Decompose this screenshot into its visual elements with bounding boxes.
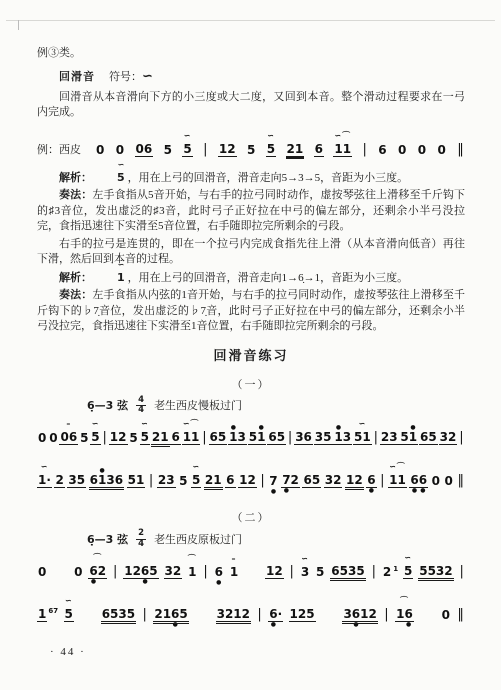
music-line-2-1: 00⌒6●2|126●532⌒1|6●–112|∽356535|21∽55532…: [37, 551, 465, 588]
note-cell: 0: [95, 144, 105, 157]
note-cell: 6●6●: [409, 474, 428, 488]
analysis1-paragraph: 解析：∽5，用在上弓的回滑音，滑音走向5→3→5，音距为小三度。: [37, 170, 465, 187]
note-digit: 3: [238, 431, 246, 443]
note-digit: 0: [398, 144, 406, 156]
octave-dot-low: ●: [412, 488, 417, 494]
note-digit: 5: [428, 565, 436, 577]
note-digit: 3: [68, 474, 76, 486]
note-cell: –1: [229, 566, 239, 579]
octave-dot-low: ●: [420, 488, 425, 494]
analysis2-note: ∽1: [95, 270, 125, 286]
slide-mark-icon: ∽: [92, 420, 100, 428]
book-page: 例③类。 回滑音符号：∽ 回滑音从本音滑向下方的小三度或大二度，又回到本音。整个…: [0, 0, 501, 690]
note-cell: ∽5: [266, 143, 276, 157]
note-digit: 6●: [89, 565, 97, 577]
note-digit: 5: [128, 474, 136, 486]
meter-denominator: 4: [138, 540, 144, 549]
method1-text: 左手食指从5音开始，与右手的拉弓同时动作，虚按琴弦往上滑移至千斤钩下的♯3音位，…: [37, 189, 465, 232]
slide-mark-icon: ∽: [95, 261, 124, 269]
note-digit: 1: [334, 143, 342, 155]
note-digit: 5: [247, 144, 255, 156]
note-cell: 0: [48, 432, 58, 445]
analysis1-note: ∽5: [95, 170, 125, 186]
note-cell: ∽⌒11: [182, 431, 201, 445]
note-cell: 6: [377, 144, 387, 157]
note-digit: 6●: [367, 474, 375, 486]
note-cell: 65: [209, 431, 228, 445]
note-cell: 21: [382, 566, 398, 579]
note-digit: 2: [298, 608, 306, 620]
note-digit: 1: [163, 608, 171, 620]
note-digit: 2: [227, 143, 235, 155]
note-digit: 3: [217, 608, 225, 620]
method2-label: 奏法：: [59, 289, 92, 301]
music-line-1-2: ∽1·23561●3651|235∽521612|7●7●26532126●|∽…: [37, 460, 465, 497]
note-digit: 6: [331, 565, 339, 577]
note-digit: 1: [295, 143, 303, 155]
meter-numerator: 2: [136, 529, 146, 539]
note-cell: 167: [37, 608, 58, 622]
note-digit: 0: [418, 144, 426, 156]
note-cell: 36: [294, 431, 313, 445]
note-digit: 5: [192, 474, 200, 486]
note-cell: ∽5: [140, 431, 150, 445]
note-digit: 5: [323, 431, 331, 443]
scan-artifact-edge: [18, 20, 19, 30]
note-digit: 1●: [334, 431, 342, 443]
note-digit: 0: [136, 143, 144, 155]
note-digit: 6: [420, 431, 428, 443]
note-cell: 32: [439, 431, 458, 445]
note-digit: 1: [213, 474, 221, 486]
note-digit: 5: [164, 144, 172, 156]
note-digit: 5: [340, 565, 348, 577]
note-digit: 5: [400, 431, 408, 443]
note-digit: 2: [383, 566, 391, 578]
note-cell: 6●: [366, 474, 376, 488]
music-line-2-2: 167∽56535|216●53212|6●·12536●12|⌒16●0‖: [37, 594, 465, 631]
note-digit: 6●: [410, 474, 418, 486]
note-cell: 61●36: [89, 474, 124, 488]
note-digit: 1: [38, 474, 46, 486]
note-digit: 6: [90, 474, 98, 486]
note-cell: 6●: [214, 566, 224, 579]
note-digit: 5: [249, 431, 257, 443]
note-digit: 2: [444, 565, 452, 577]
note-cell: ∽5: [64, 608, 74, 622]
note-digit: 1: [230, 566, 238, 578]
example-label: 例：西皮: [37, 141, 81, 166]
note-cell: 23: [380, 431, 399, 445]
note-cell: 0: [417, 144, 427, 157]
octave-dot-low: ●: [369, 488, 374, 494]
slide-mark-icon: ⌒: [188, 555, 197, 563]
note-digit: 1: [38, 608, 46, 620]
note-digit: 5: [80, 432, 88, 444]
note-digit: 0: [49, 432, 57, 444]
tuning-strings: 6̣—3 弦: [87, 397, 128, 413]
note-cell: 216●5: [153, 608, 188, 622]
note-digit: 1: [362, 431, 370, 443]
note-cell: 0: [441, 609, 451, 622]
analysis1-note-digit: 5: [117, 171, 125, 184]
note-cell: 6: [314, 143, 324, 157]
note-digit: 1: [397, 474, 405, 486]
exercise-section-1: （一） 6̣—3 弦 44 老生西皮慢板过门 00–065∽5|125∽5216…: [37, 376, 465, 498]
octave-dot-high: ●: [410, 425, 415, 431]
note-digit: 2: [173, 565, 181, 577]
note-cell: –06: [59, 431, 78, 445]
note-digit: 6: [304, 431, 312, 443]
note-cell: 0: [437, 144, 447, 157]
note-digit: 2: [287, 143, 295, 155]
final-barline: ‖: [456, 473, 465, 488]
note-cell: 21: [286, 143, 305, 157]
slide-mark-icon: ∽⌒: [183, 420, 200, 428]
analysis2-label: 解析：: [59, 272, 92, 284]
note-cell: 65: [267, 431, 286, 445]
note-cell: 6●·: [268, 608, 283, 622]
page-content: 例③类。 回滑音符号：∽ 回滑音从本音滑向下方的小三度或大二度，又回到本音。整个…: [37, 46, 465, 637]
note-digit: 6: [171, 431, 179, 443]
note-cell: 7●: [268, 475, 278, 488]
note-cell: 35: [314, 431, 333, 445]
octave-dot-low: ●: [91, 579, 96, 585]
note-digit: 1: [290, 608, 298, 620]
tuning-strings: 6̣—3 弦: [87, 531, 128, 547]
section2-label: （二）: [37, 509, 465, 525]
note-digit: 1●: [229, 431, 237, 443]
barline: |: [202, 564, 208, 579]
note-digit: 2: [381, 431, 389, 443]
note-cell: 23: [157, 474, 176, 488]
method2-text: 左手食指从内弦的1音开始，与右手的拉弓同时动作，虚按琴弦往上滑移至千斤钩下的♭7…: [37, 289, 465, 332]
barline: |: [202, 142, 208, 157]
grace-note: 67: [48, 607, 58, 615]
note-cell: 6535: [101, 608, 136, 622]
note-digit: 6: [102, 608, 110, 620]
octave-dot-low: ●: [271, 489, 276, 495]
note-digit: 5: [77, 474, 85, 486]
music-line-example: 00065∽5|125∽5216∽⌒11|6000‖: [95, 129, 465, 166]
note-digit: 3: [295, 431, 303, 443]
note-digit: 6: [315, 143, 323, 155]
section2-description: 老生西皮原板过门: [154, 531, 242, 547]
note-cell: 12: [238, 474, 257, 488]
note-cell: ∽⌒11: [333, 143, 352, 157]
note-cell: 0: [115, 144, 125, 157]
note-digit: 3: [440, 431, 448, 443]
note-digit: 1: [188, 566, 196, 578]
note-digit: 2: [154, 608, 162, 620]
note-cell: 5532: [418, 565, 453, 579]
barline: |: [289, 564, 295, 579]
note-digit: 3: [325, 474, 333, 486]
slide-mark-icon: ∽: [141, 420, 149, 428]
note-digit: 0: [74, 566, 82, 578]
octave-dot-high: ●: [336, 425, 341, 431]
octave-dot-low: ●: [216, 580, 221, 586]
note-digit: 3: [389, 431, 397, 443]
note-cell: ∽5: [191, 474, 201, 488]
note-cell: 0: [73, 566, 83, 579]
note-digit: 2: [133, 565, 141, 577]
section2-tuning-row: 6̣—3 弦 24 老生西皮原板过门: [87, 529, 465, 549]
note-digit: 1: [183, 431, 191, 443]
section1-label: （一）: [37, 376, 465, 392]
slide-mark-icon: ∽: [184, 132, 192, 140]
note-digit: 1●: [257, 431, 265, 443]
note-digit: 1: [110, 431, 118, 443]
octave-dot-low: ●: [271, 622, 276, 628]
note-cell: 32: [324, 474, 343, 488]
note-digit: 3: [436, 565, 444, 577]
note-digit: 2: [369, 608, 377, 620]
note-cell: 7●2: [281, 474, 300, 488]
note-digit: 2: [247, 474, 255, 486]
note-cell: ∽5: [182, 143, 192, 157]
barline: |: [459, 564, 465, 579]
section1-tuning-row: 6̣—3 弦 44 老生西皮慢板过门: [87, 396, 465, 416]
note-digit: 1: [160, 431, 168, 443]
barline: |: [142, 607, 148, 622]
barline: |: [287, 430, 293, 445]
note-digit: 6●: [404, 608, 412, 620]
note-cell: 12: [109, 431, 128, 445]
note-digit: 5: [306, 608, 314, 620]
note-digit: 5: [127, 608, 135, 620]
note-digit: 5: [110, 608, 118, 620]
note-cell: 21: [151, 431, 170, 445]
note-digit: 5: [218, 431, 226, 443]
note-digit: 6: [115, 474, 123, 486]
slide-mark-icon: ∽: [95, 161, 124, 169]
note-digit: 1: [124, 565, 132, 577]
note-digit: 0: [60, 431, 68, 443]
note-cell: 2: [54, 474, 64, 488]
note-digit: 1: [239, 474, 247, 486]
method1-label: 奏法：: [59, 189, 92, 201]
method1-paragraph: 奏法：左手食指从5音开始，与右手的拉弓同时动作，虚按琴弦往上滑移至千斤钩下的♯3…: [37, 188, 465, 235]
note-cell: 125: [289, 608, 316, 622]
note-digit: 5: [354, 431, 362, 443]
note-cell: 06: [135, 143, 154, 157]
note-cell: 5: [315, 566, 325, 579]
note-digit: 2: [118, 431, 126, 443]
note-cell: ∽5: [403, 565, 413, 579]
note-digit: 6: [268, 431, 276, 443]
note-digit: 5: [316, 566, 324, 578]
note-cell: 6535: [330, 565, 365, 579]
note-cell: 5: [178, 475, 188, 488]
note-digit: 1: [360, 608, 368, 620]
note-cell: 5: [246, 144, 256, 157]
note-digit: 6●: [215, 566, 223, 578]
note-cell: 12: [218, 143, 237, 157]
barline: |: [361, 142, 367, 157]
note-cell: 5: [128, 432, 138, 445]
barline: |: [112, 564, 118, 579]
note-digit: 7●: [282, 474, 290, 486]
note-digit: 3: [301, 566, 309, 578]
note-digit: 5: [277, 431, 285, 443]
note-digit: 3: [315, 431, 323, 443]
note-digit: 3: [165, 565, 173, 577]
note-digit: 5: [419, 565, 427, 577]
note-digit: 0: [96, 144, 104, 156]
note-digit: 6: [210, 431, 218, 443]
note-digit: 5: [267, 143, 275, 155]
rhythm-dot: ·: [46, 474, 51, 486]
slide-mark-icon: ∽: [404, 554, 412, 562]
barline: |: [102, 430, 108, 445]
note-cell: 21: [204, 474, 223, 488]
note-digit: 6●: [419, 474, 427, 486]
octave-dot-low: ●: [142, 579, 147, 585]
barline: |: [383, 607, 389, 622]
note-cell: 0: [37, 566, 47, 579]
term-line: 回滑音符号：∽: [37, 68, 465, 84]
note-digit: 5: [179, 608, 187, 620]
note-cell: ∽⌒11: [388, 474, 407, 488]
time-signature: 24: [136, 529, 146, 549]
octave-dot-high: ●: [259, 425, 264, 431]
note-cell: 1●3: [333, 431, 352, 445]
slide-mark-icon: ∽⌒: [389, 463, 406, 471]
note-digit: 1: [396, 608, 404, 620]
note-cell: 35: [67, 474, 86, 488]
note-digit: 5: [91, 431, 99, 443]
note-digit: 6: [303, 474, 311, 486]
note-digit: 3: [343, 431, 351, 443]
note-cell: 6: [225, 474, 235, 488]
scan-artifact-top-line: [6, 20, 495, 21]
note-digit: 0: [432, 475, 440, 487]
slide-mark-icon: ∽: [192, 463, 200, 471]
note-cell: ⌒1: [187, 566, 197, 579]
analysis1-text: ，用在上弓的回滑音，滑音走向5→3→5，音距为小三度。: [128, 172, 409, 184]
note-digit: 6: [226, 474, 234, 486]
note-cell: 51●: [399, 431, 418, 445]
final-barline: ‖: [456, 142, 465, 157]
barline: |: [373, 430, 379, 445]
barline: |: [371, 564, 377, 579]
note-digit: 5: [428, 431, 436, 443]
note-cell: ∽1·: [37, 474, 52, 488]
note-cell: 32: [164, 565, 183, 579]
note-digit: 6●: [352, 608, 360, 620]
note-cell: ∽5: [90, 431, 100, 445]
barline: |: [458, 430, 464, 445]
analysis2-text: ，用在上弓的回滑音，滑音走向1→6̣→1，音距为小三度。: [128, 272, 409, 284]
note-digit: 2: [291, 474, 299, 486]
note-digit: 0: [445, 475, 453, 487]
barline: |: [379, 473, 385, 488]
note-digit: 6●: [141, 565, 149, 577]
note-cell: 65: [302, 474, 321, 488]
note-digit: 1: [343, 143, 351, 155]
slide-mark-icon: –: [66, 420, 71, 428]
note-digit: 5: [179, 475, 187, 487]
note-cell: ⌒6●2: [88, 565, 107, 579]
exercise-section-2: （二） 6̣—3 弦 24 老生西皮原板过门 00⌒6●2|126●532⌒1|…: [37, 509, 465, 631]
note-digit: 3: [106, 474, 114, 486]
octave-dot-high: ●: [231, 425, 236, 431]
note-digit: 2: [242, 608, 250, 620]
note-cell: 6: [170, 431, 180, 445]
slide-mark-icon: ∽: [65, 597, 73, 605]
note-digit: 1: [389, 474, 397, 486]
note-digit: 2: [448, 431, 456, 443]
note-digit: 2: [354, 474, 362, 486]
octave-dot-high: ●: [100, 468, 105, 474]
note-digit: 3: [118, 608, 126, 620]
meter-denominator: 4: [138, 406, 144, 415]
note-digit: 6●: [269, 608, 277, 620]
note-digit: 5: [149, 565, 157, 577]
final-barline: ‖: [456, 607, 465, 622]
slide-mark-icon: ∽: [358, 420, 366, 428]
note-digit: 5: [404, 565, 412, 577]
slide-mark-icon: ⌒: [93, 554, 102, 562]
section1-description: 老生西皮慢板过门: [154, 397, 242, 413]
note-digit: 6●: [171, 608, 179, 620]
term-word: 回滑音: [59, 71, 95, 83]
note-digit: 2: [205, 474, 213, 486]
slide-mark-icon: ∽: [301, 555, 309, 563]
page-number: · 44 ·: [50, 646, 86, 658]
slide-mark-icon: ∽: [41, 463, 49, 471]
slide-mark-icon: ∽⌒: [334, 132, 351, 140]
note-cell: ∽51: [353, 431, 372, 445]
note-cell: 3212: [216, 608, 251, 622]
exercise-title: 回滑音练习: [37, 345, 465, 364]
note-cell: ⌒16●: [395, 608, 414, 622]
note-digit: 2: [333, 474, 341, 486]
rhythm-dot: ·: [278, 608, 283, 620]
note-digit: 2: [225, 608, 233, 620]
note-digit: 0: [438, 144, 446, 156]
time-signature: 44: [136, 396, 146, 416]
octave-dot-low: ●: [406, 622, 411, 628]
note-cell: 51●: [248, 431, 267, 445]
barline: |: [259, 473, 265, 488]
barline: |: [256, 607, 262, 622]
note-digit: 6: [144, 143, 152, 155]
analysis2-paragraph: 解析：∽1，用在上弓的回滑音，滑音走向1→6̣→1，音距为小三度。: [37, 270, 465, 287]
note-digit: 2: [98, 565, 106, 577]
note-digit: 1●: [98, 474, 106, 486]
term-symbol-label: 符号：: [109, 71, 142, 83]
music-line-1-1: 00–065∽5|125∽5216∽⌒11|651●351●65|36351●3…: [37, 417, 465, 454]
note-digit: 0: [442, 609, 450, 621]
octave-dot-low: ●: [173, 622, 178, 628]
slide-mark-icon: ⌒: [400, 597, 409, 605]
note-digit: 5: [183, 143, 191, 155]
note-digit: 6: [69, 431, 77, 443]
note-digit: 1: [136, 474, 144, 486]
note-cell: 51: [127, 474, 146, 488]
note-digit: 5: [65, 608, 73, 620]
note-cell: 12: [345, 474, 364, 488]
note-digit: 1: [191, 431, 199, 443]
note-digit: 5: [312, 474, 320, 486]
note-digit: 0: [116, 144, 124, 156]
note-digit: 1: [346, 474, 354, 486]
note-cell: 12: [265, 565, 284, 579]
note-cell: 0: [37, 432, 47, 445]
intro-line: 例③类。: [37, 46, 465, 62]
